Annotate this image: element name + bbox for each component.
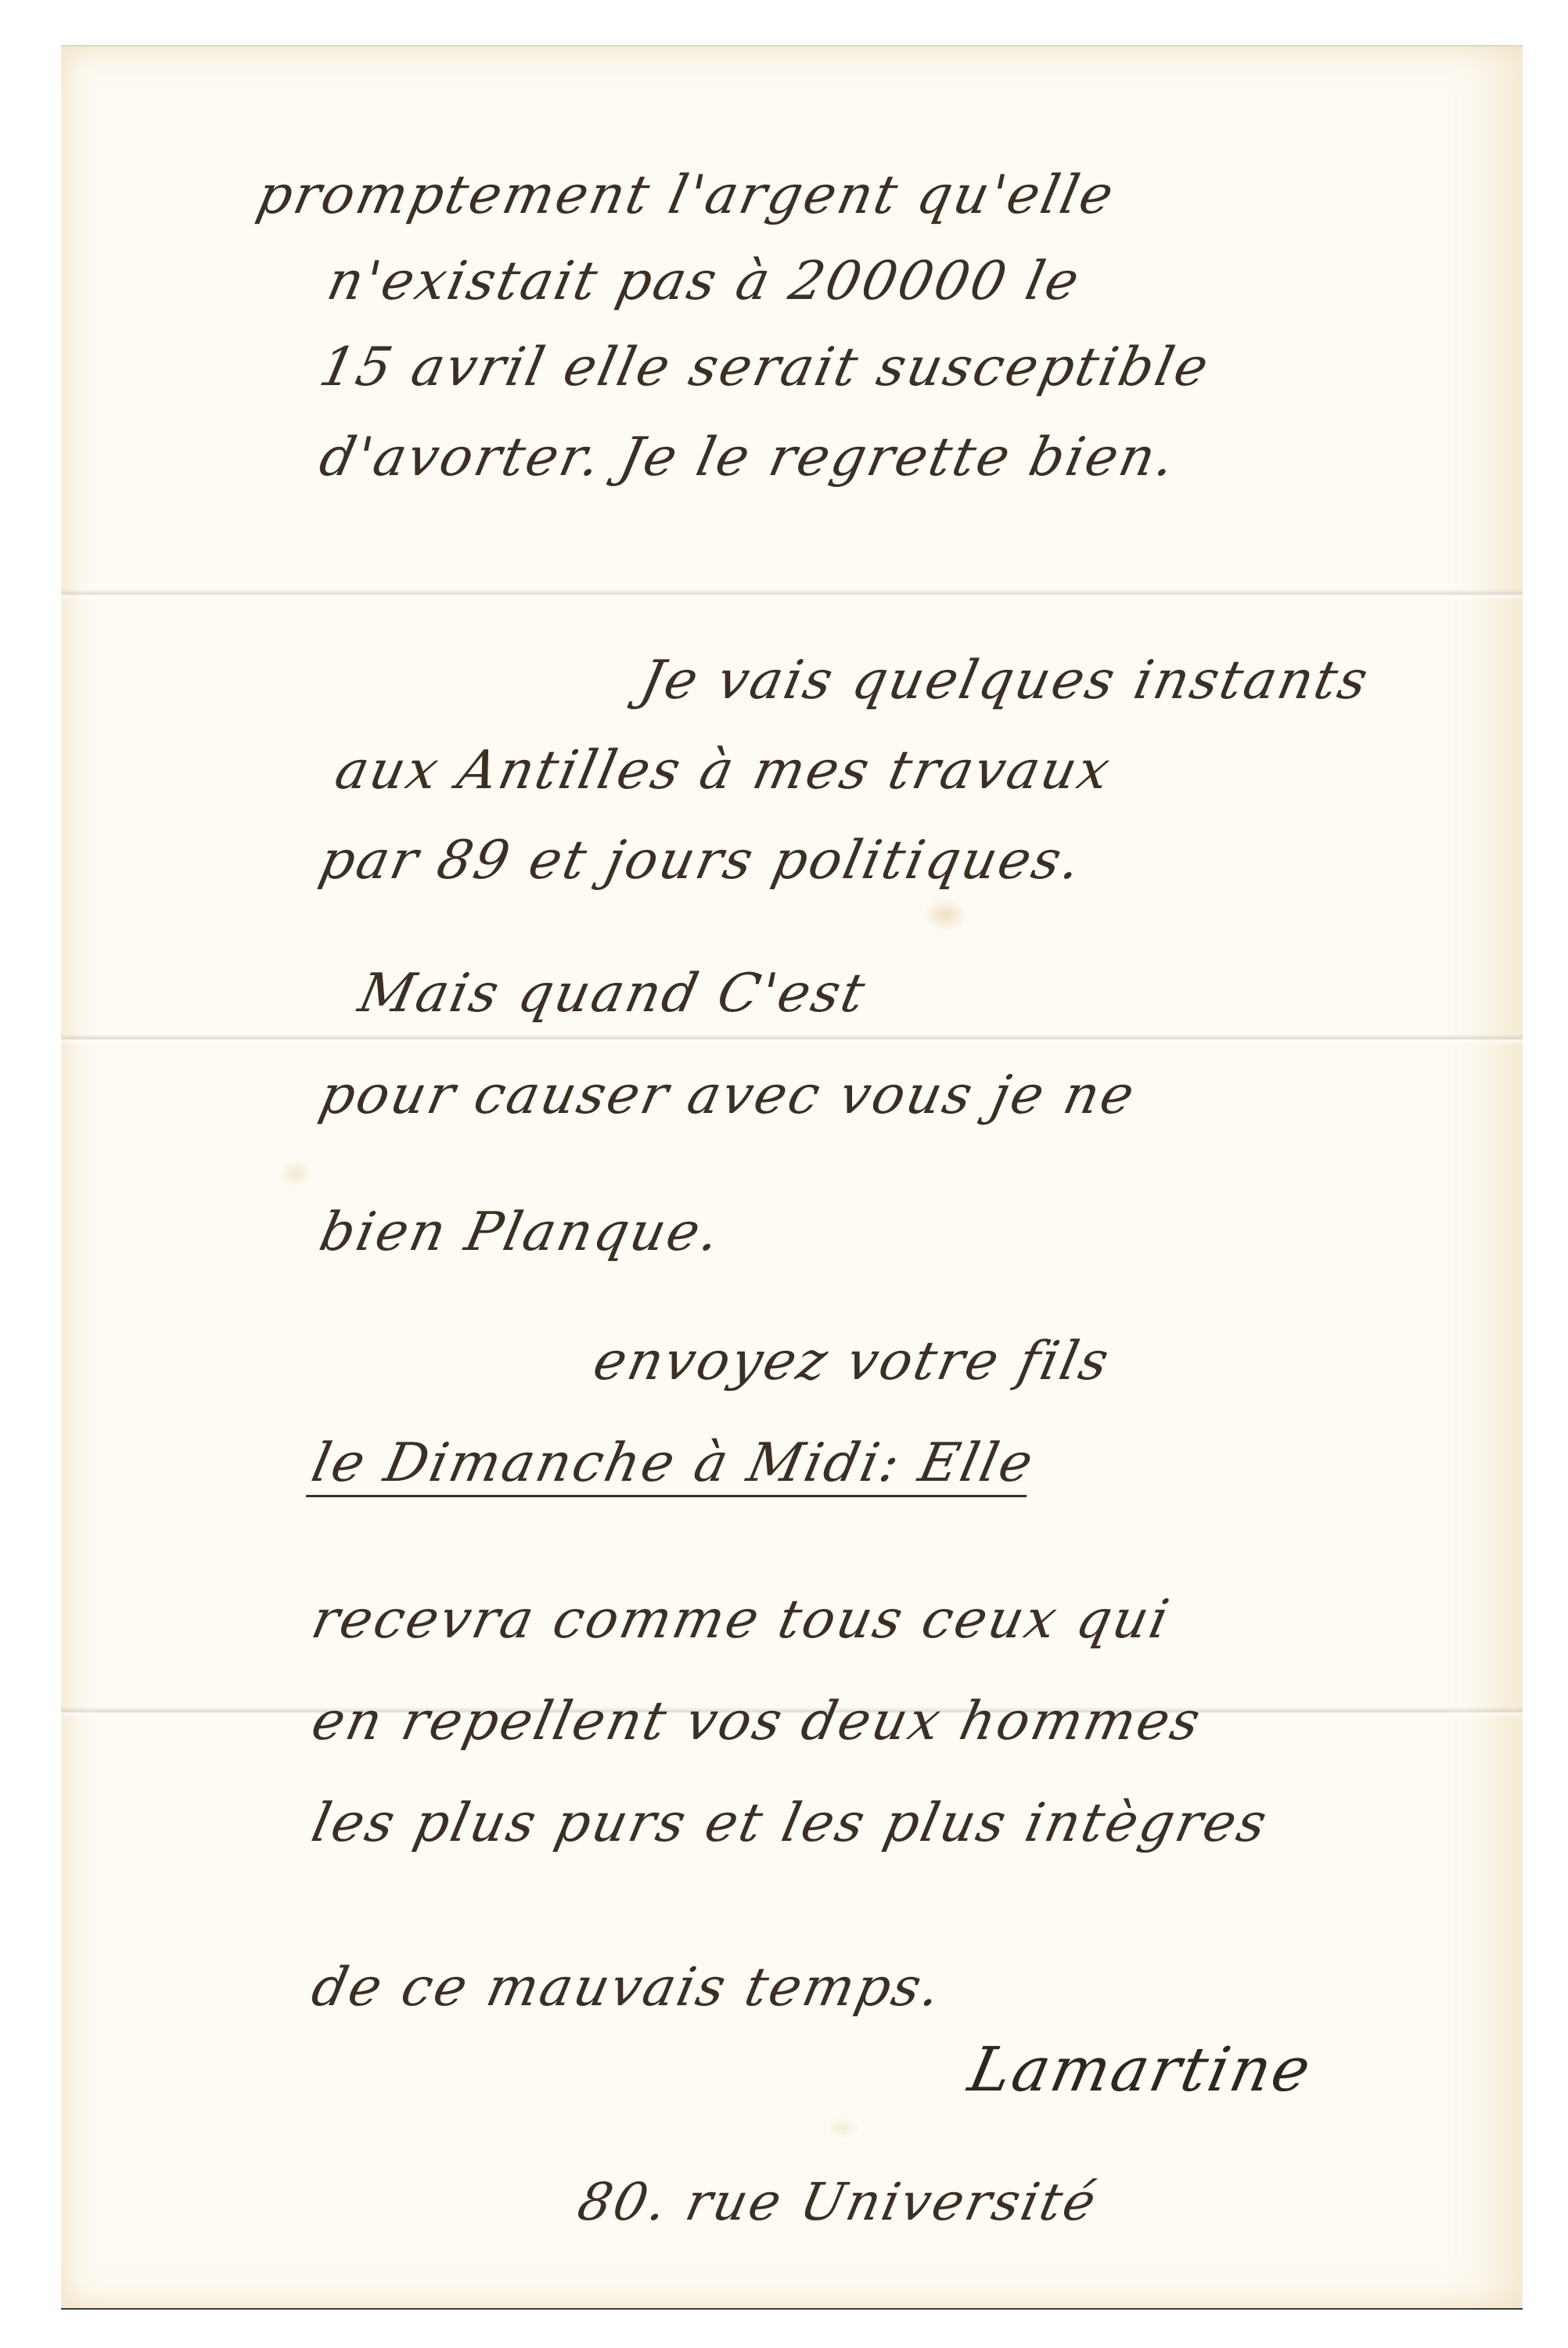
- letter-line: recevra comme tous ceux qui: [307, 1589, 1177, 1651]
- letter-line: de ce mauvais temps.: [307, 1957, 948, 2018]
- fold-line-1: [61, 589, 1523, 600]
- letter-line: envoyez votre fils: [588, 1331, 1117, 1392]
- letter-line: promptement l'argent qu'elle: [252, 164, 1121, 226]
- sender-address: 80. rue Université: [573, 2172, 1103, 2232]
- letter-line: Je vais quelques instants: [635, 650, 1376, 711]
- fold-line-2: [61, 1034, 1523, 1045]
- letter-line: Mais quand C'est: [354, 963, 872, 1025]
- letter-line: 15 avril elle serait susceptible: [315, 337, 1216, 398]
- letter-line: aux Antilles à mes travaux: [330, 740, 1117, 801]
- letter-line: les plus purs et les plus intègres: [307, 1792, 1275, 1854]
- signature: Lamartine: [962, 2035, 1318, 2105]
- letter-line: en repellent vos deux hommes: [307, 1691, 1208, 1752]
- letter-line: n'existait pas à 200000 le: [322, 250, 1087, 312]
- letter-line: d'avorter. Je le regrette bien.: [315, 427, 1182, 488]
- letter-line: bien Planque.: [315, 1201, 728, 1263]
- letter-line: pour causer avec vous je ne: [315, 1064, 1142, 1126]
- letter-line: par 89 et jours politiques.: [315, 830, 1088, 891]
- letter-line: le Dimanche à Midi: Elle: [307, 1432, 1041, 1494]
